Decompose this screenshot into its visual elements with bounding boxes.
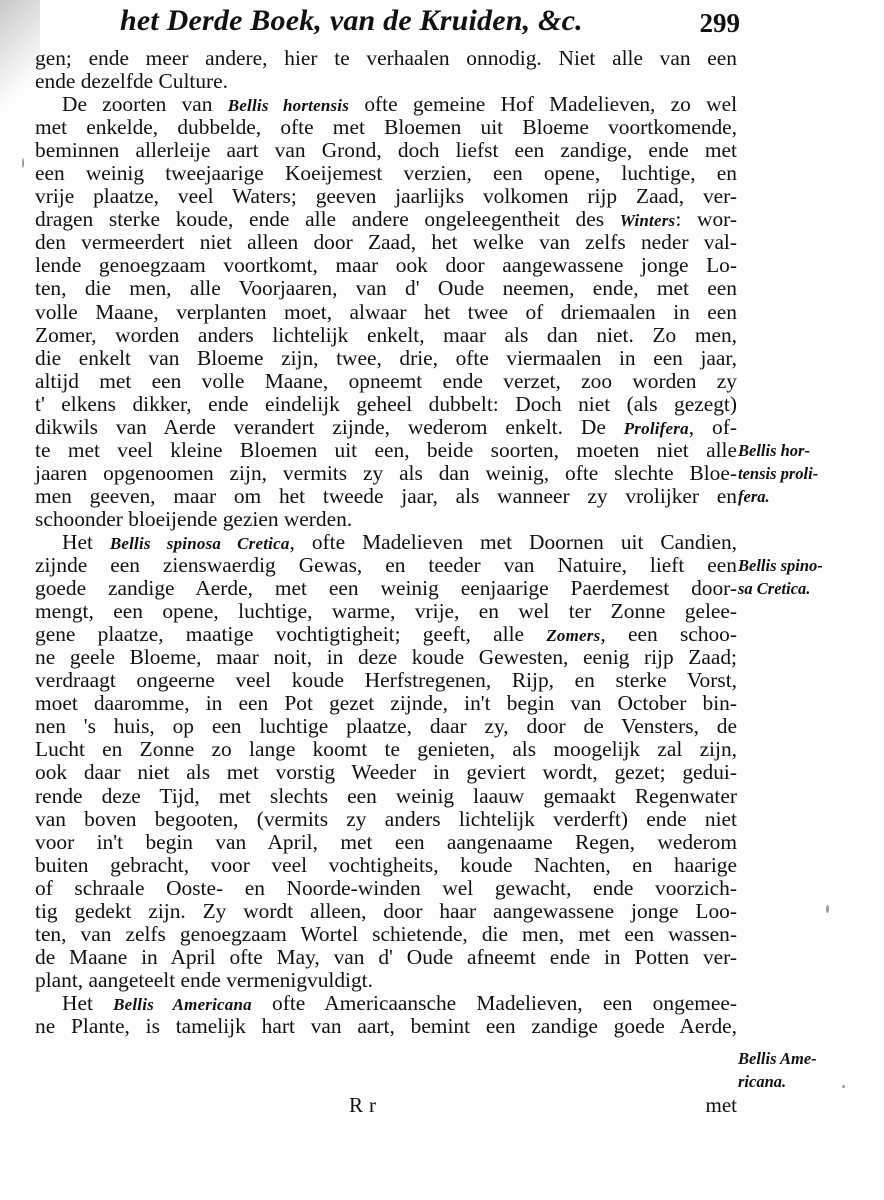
latin-name: Bellis hortensis [228, 96, 349, 115]
italic-word: Winters [620, 211, 676, 230]
paragraph-start-bellis-spinosa: Het Bellis spinosa Cretica, ofte Madelie… [35, 531, 737, 554]
text-line: nen 's huis, op een luchtige plaatze, da… [35, 715, 737, 738]
text-line: de Maane in April ofte May, van d' Oude … [35, 946, 737, 969]
text-line: ten, die men, alle Voorjaaren, van d' Ou… [35, 277, 737, 300]
text-line: plant, aangeteelt ende vermenigvuldigt. [35, 969, 737, 992]
text-line: mengt, een opene, luchtige, warme, vrije… [35, 600, 737, 623]
paper-speck [22, 158, 24, 168]
margin-note-bellis-americana: Bellis Ame- ricana. [738, 1047, 878, 1093]
body-text: gen; ende meer andere, hier te verhaalen… [35, 47, 737, 1038]
text-line: goede zandige Aerde, met een weinig eenj… [35, 577, 737, 600]
page-header: het Derde Boek, van de Kruiden, &c. 299 [120, 4, 740, 44]
page-footer: Rr met [35, 1093, 737, 1119]
catchword: met [706, 1093, 738, 1118]
text-line: Zomer, worden anders lichtelijk enkelt, … [35, 324, 737, 347]
paper-speck [842, 1085, 845, 1088]
text-line: Lucht en Zonne zo lange koomt te geniete… [35, 738, 737, 761]
text-line: te met veel kleine Bloemen uit een, beid… [35, 439, 737, 462]
latin-name: Bellis spinosa Cretica [110, 534, 290, 553]
text-line: beminnen allerleije aart van Grond, doch… [35, 139, 737, 162]
text-line: rende deze Tijd, met slechts een weinig … [35, 785, 737, 808]
paper-speck [826, 905, 829, 913]
latin-name: Bellis Americana [113, 995, 252, 1014]
page-number: 299 [700, 8, 741, 39]
text-line: ten, van zelfs genoegzaam Wortel schiete… [35, 923, 737, 946]
text-line: ne geele Bloeme, maar noit, in deze koud… [35, 646, 737, 669]
text-line: lende genoegzaam voortkomt, maar ook doo… [35, 254, 737, 277]
text-line: dikwils van Aerde verandert zijnde, wede… [35, 416, 737, 439]
text-line: gen; ende meer andere, hier te verhaalen… [35, 47, 737, 70]
text-line: van boven begooten, (vermits zy anders l… [35, 808, 737, 831]
text-line: jaaren opgenoomen zijn, vermits zy als d… [35, 462, 737, 485]
margin-note-bellis-spinosa-cretica: Bellis spino- sa Cretica. [738, 554, 878, 600]
running-title: het Derde Boek, van de Kruiden, &c. [120, 4, 583, 38]
text-line: zijnde een zienswaerdig Gewas, en teeder… [35, 554, 737, 577]
text-line: gene plaatze, maatige vochtigtigheit; ge… [35, 623, 737, 646]
page-edge-shadow [0, 0, 40, 120]
text-line: of schraale Ooste- en Noorde-winden wel … [35, 877, 737, 900]
text-line: voor in't begin van April, met een aange… [35, 831, 737, 854]
text-line: buiten gebracht, voor veel vochtigheits,… [35, 854, 737, 877]
text-line: den vermeerdert niet alleen door Zaad, h… [35, 231, 737, 254]
text-line: schoonder bloeijende gezien werden. [35, 508, 737, 531]
text-line: moet daaromme, in een Pot gezet zijnde, … [35, 692, 737, 715]
text-line: dragen sterke koude, ende alle andere on… [35, 208, 737, 231]
italic-word: Zomers [546, 626, 600, 645]
text-line: vrije plaatze, veel Waters; geeven jaarl… [35, 185, 737, 208]
text-line: volle Maane, verplanten moet, alwaar het… [35, 301, 737, 324]
text-line: t' elkens dikker, ende eindelijk geheel … [35, 393, 737, 416]
text-line: een weinig tweejaarige Koeijemest verzie… [35, 162, 737, 185]
paragraph-start-bellis-hortensis: De zoorten van Bellis hortensis ofte gem… [35, 93, 737, 116]
text-line: verdraagt ongeerne veel koude Herfstrege… [35, 669, 737, 692]
text-line: ende dezelfde Culture. [35, 70, 737, 93]
text-line: ne Plante, is tamelijk hart van aart, be… [35, 1015, 737, 1038]
text-line: tig gedekt zijn. Zy wordt alleen, door h… [35, 900, 737, 923]
text-line: ook daar niet als met vorstig Weeder in … [35, 761, 737, 784]
paragraph-start-bellis-americana: Het Bellis Americana ofte Americaansche … [35, 992, 737, 1015]
text-line: altijd met een volle Maane, opneemt ende… [35, 370, 737, 393]
margin-note-bellis-hortensis-prolifera: Bellis hor- tensis proli- fera. [738, 439, 878, 508]
latin-name: Prolifera [624, 419, 689, 438]
text-line: die enkelt van Bloeme zijn, twee, drie, … [35, 347, 737, 370]
text-line: men geeven, maar om het tweede jaar, als… [35, 485, 737, 508]
text-line: met enkelde, dubbelde, ofte met Bloemen … [35, 116, 737, 139]
signature-mark: Rr [349, 1093, 382, 1118]
